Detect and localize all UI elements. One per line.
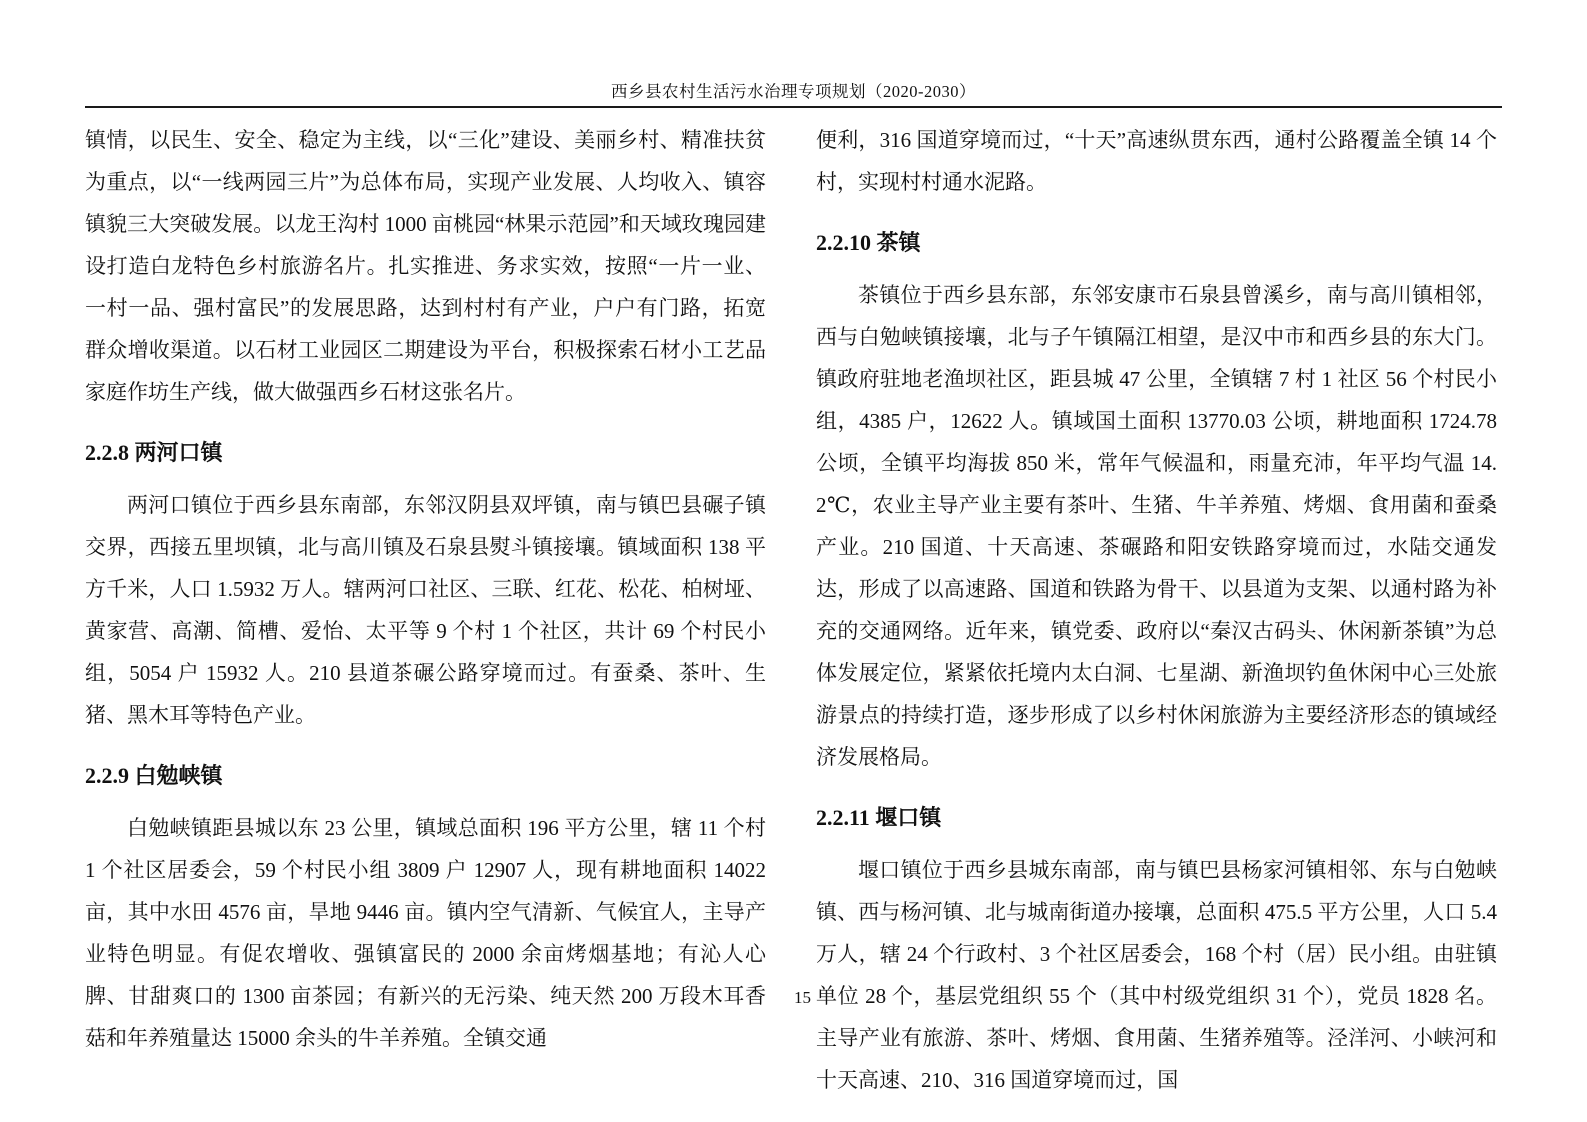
page-number: 15 xyxy=(0,986,1587,1010)
paragraph-lianghekou: 两河口镇位于西乡县东南部，东邻汉阴县双坪镇，南与镇巴县碾子镇交界，西接五里坝镇，… xyxy=(85,484,766,736)
paragraph-baimianxia: 白勉峡镇距县城以东 23 公里，镇域总面积 196 平方公里，辖 11 个村 1… xyxy=(85,807,766,1059)
paragraph-chazhen: 茶镇位于西乡县东部，东邻安康市石泉县曾溪乡，南与高川镇相邻，西与白勉峡镇接壤，北… xyxy=(816,274,1497,778)
page-header-title: 西乡县农村生活污水治理专项规划（2020-2030） xyxy=(85,81,1502,103)
left-column: 镇情，以民生、安全、稳定为主线，以“三化”建设、美丽乡村、精准扶贫为重点，以“一… xyxy=(85,119,766,1059)
right-column: 便利，316 国道穿境而过，“十天”高速纵贯东西，通村公路覆盖全镇 14 个村，… xyxy=(816,119,1497,1101)
section-heading-2-2-11: 2.2.11 堰口镇 xyxy=(816,797,1497,839)
paragraph-continuation: 便利，316 国道穿境而过，“十天”高速纵贯东西，通村公路覆盖全镇 14 个村，… xyxy=(816,119,1497,203)
paragraph-continuation: 镇情，以民生、安全、稳定为主线，以“三化”建设、美丽乡村、精准扶贫为重点，以“一… xyxy=(85,119,766,413)
section-heading-2-2-10: 2.2.10 茶镇 xyxy=(816,222,1497,264)
paragraph-yankou: 堰口镇位于西乡县城东南部，南与镇巴县杨家河镇相邻、东与白勉峡镇、西与杨河镇、北与… xyxy=(816,849,1497,1101)
section-heading-2-2-8: 2.2.8 两河口镇 xyxy=(85,432,766,474)
section-heading-2-2-9: 2.2.9 白勉峡镇 xyxy=(85,755,766,797)
header-divider-line xyxy=(85,106,1502,108)
